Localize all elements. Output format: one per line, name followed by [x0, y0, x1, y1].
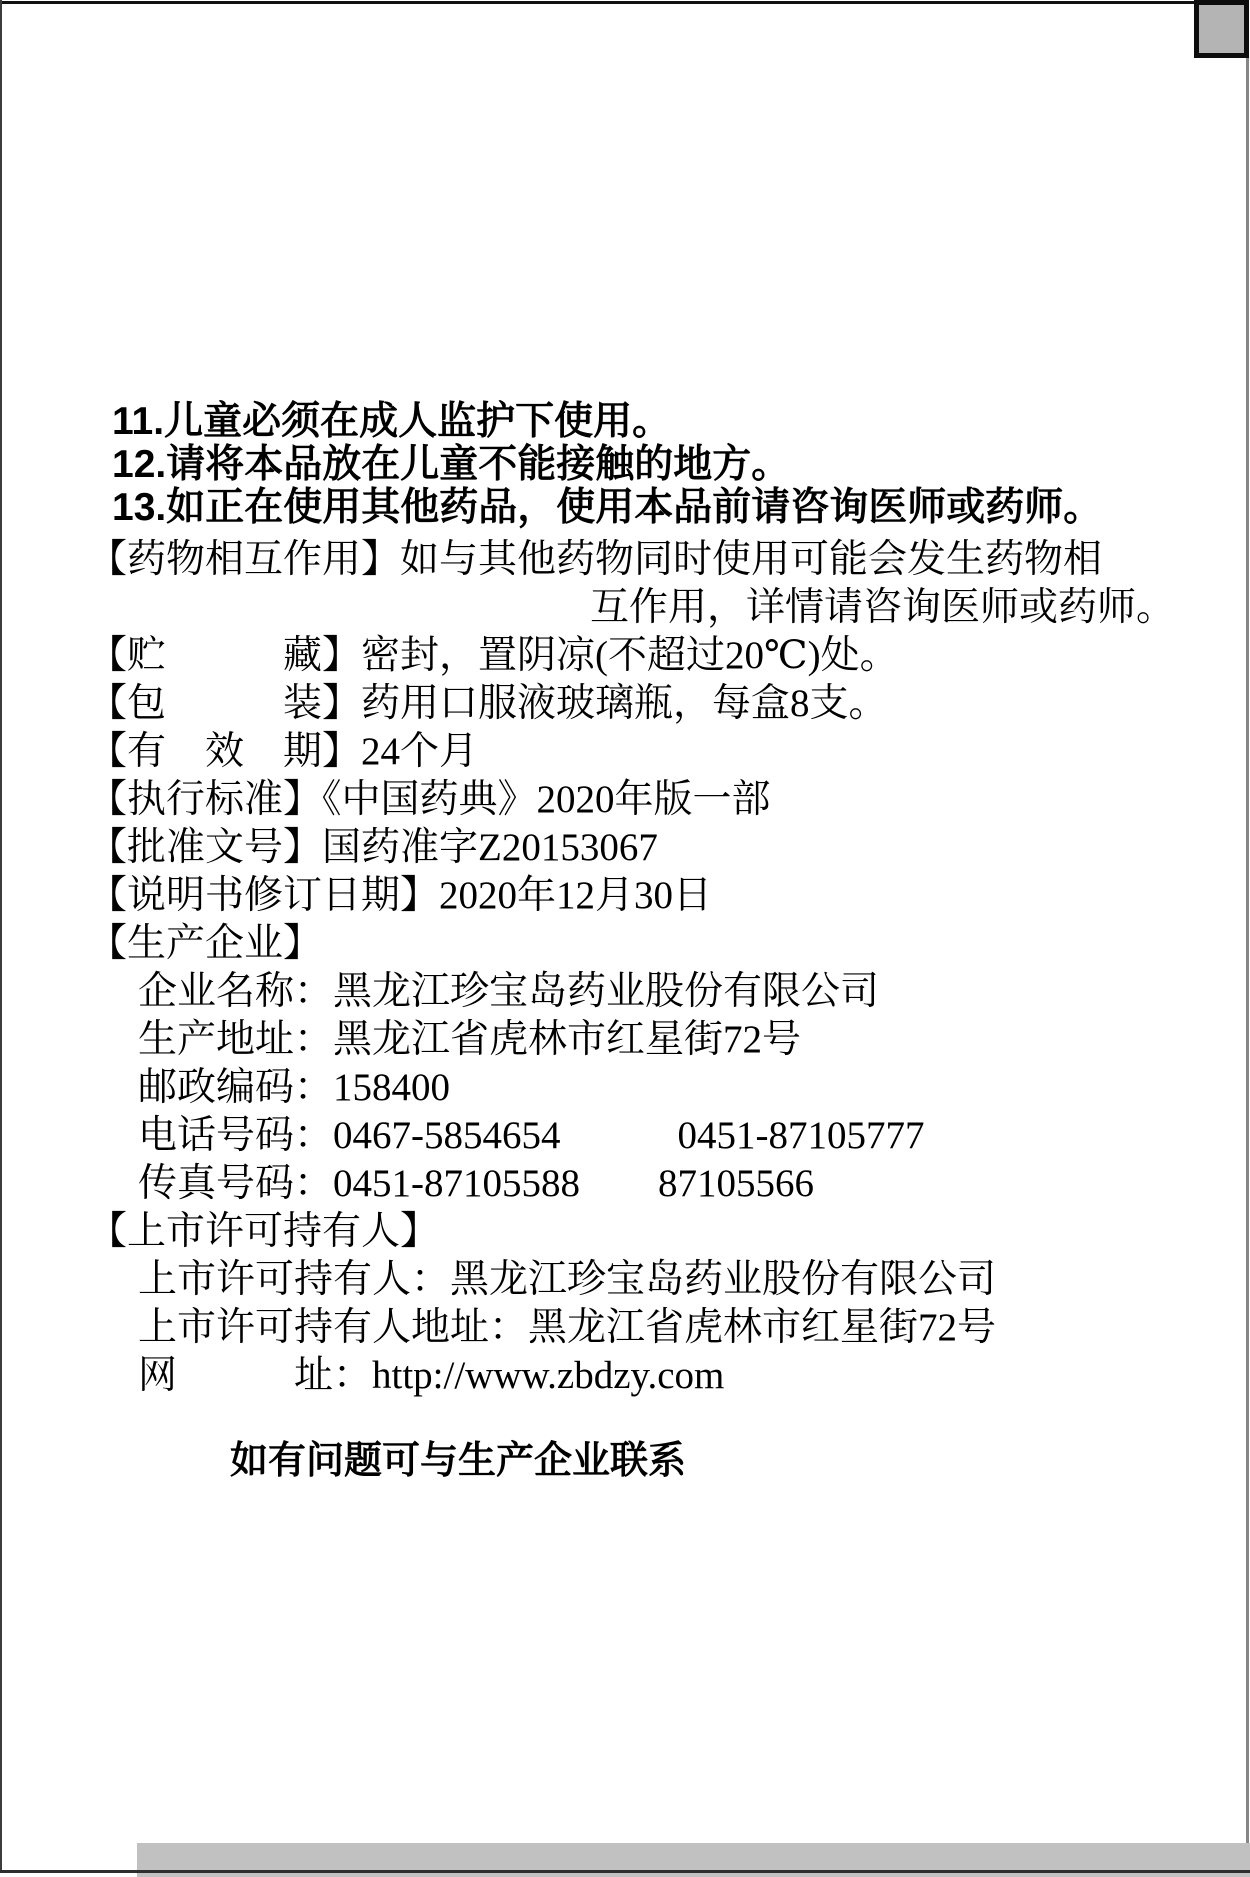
contact-note: 如有问题可与生产企业联系 — [0, 1440, 1250, 1483]
manufacturer-address: 生产地址：黑龙江省虎林市红星街72号 — [0, 1016, 1250, 1064]
executive-standard-line: 【执行标准】《中国药典》2020年版一部 — [0, 776, 1250, 824]
leaflet-page: 11.儿童必须在成人监护下使用。 12.请将本品放在儿童不能接触的地方。 13.… — [0, 0, 1250, 1877]
approval-number-line: 【批准文号】国药准字Z20153067 — [0, 824, 1250, 872]
manufacturer-header: 【生产企业】 — [0, 920, 1250, 968]
manufacturer-fax: 传真号码：0451-87105588 87105566 — [0, 1160, 1250, 1208]
precaution-item-12: 12.请将本品放在儿童不能接触的地方。 — [0, 443, 1250, 486]
drug-interaction-line-1: 【药物相互作用】如与其他药物同时使用可能会发生药物相 — [0, 536, 1250, 584]
manufacturer-postal-code: 邮政编码：158400 — [0, 1064, 1250, 1112]
precaution-item-13: 13.如正在使用其他药品，使用本品前请咨询医师或药师。 — [0, 486, 1250, 529]
drug-interaction-line-2: 互作用，详情请咨询医师或药师。 — [0, 584, 1250, 632]
shelf-life-line: 【有 效 期】24个月 — [0, 728, 1250, 776]
mah-holder-address: 上市许可持有人地址：黑龙江省虎林市红星街72号 — [0, 1304, 1250, 1352]
precaution-item-11: 11.儿童必须在成人监护下使用。 — [0, 400, 1250, 443]
revision-date-line: 【说明书修订日期】2020年12月30日 — [0, 872, 1250, 920]
manufacturer-company-name: 企业名称：黑龙江珍宝岛药业股份有限公司 — [0, 968, 1250, 1016]
leaflet-text-block: 11.儿童必须在成人监护下使用。 12.请将本品放在儿童不能接触的地方。 13.… — [0, 400, 1250, 1483]
manufacturer-telephone: 电话号码：0467-5854654 0451-87105777 — [0, 1112, 1250, 1160]
mah-holder: 上市许可持有人：黑龙江珍宝岛药业股份有限公司 — [0, 1256, 1250, 1304]
mah-website: 网 址：http://www.zbdzy.com — [0, 1352, 1250, 1400]
packaging-line: 【包 装】药用口服液玻璃瓶，每盒8支。 — [0, 680, 1250, 728]
scan-corner-registration-mark — [1194, 0, 1249, 58]
scan-bottom-edge-line — [0, 1870, 1250, 1873]
scan-top-edge-line — [0, 1, 1194, 4]
storage-line: 【贮 藏】密封，置阴凉(不超过20℃)处。 — [0, 632, 1250, 680]
mah-header: 【上市许可持有人】 — [0, 1208, 1250, 1256]
